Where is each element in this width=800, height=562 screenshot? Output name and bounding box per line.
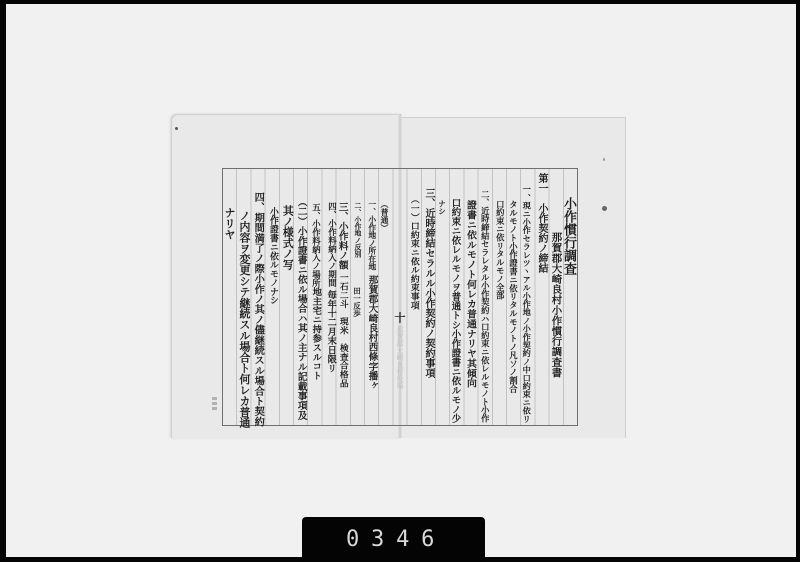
frame-number-label: 0346 [302, 517, 485, 562]
text-line: 口約束ニ依レルモノヲ普通トシ小作證書ニ依ルモノ少 [450, 198, 459, 423]
item-label: 二、小作地ノ反別 [353, 202, 360, 257]
text-line: 證書ニ依ルモノト何レカ普通ナリヤ其傾向 [465, 200, 475, 388]
item-label: 四、小作料納入ノ期間 [327, 202, 336, 287]
text-line: 一、現ニ小作セラレツヽアル小作地ノ小作契約ノ中口約束ニ依リ [523, 185, 531, 423]
fold-mark: 十 [394, 312, 405, 323]
paper-speck [602, 206, 607, 211]
section-heading: 第一 小作契約ノ締結 [536, 173, 546, 273]
frame-number: 0346 [346, 529, 446, 551]
item-value: 地主宅ニ持参スルコト [311, 287, 320, 380]
text-line: 口約束ニ依リタルモノ全部 [496, 200, 504, 300]
left-page-heading: （普通） [380, 200, 388, 232]
fold-printed-text: 那賀郡大崎良村役場 [396, 326, 403, 389]
paper-speck [603, 158, 605, 161]
text-line: 四、期間満了ノ際小作ノ其ノ儘継続スル場合ト契約 [252, 192, 262, 427]
text-line: タルモノト小作證書ニ依リタルモノトノ凡ソノ割合 [509, 200, 517, 393]
item-label: 五、小作料納入ノ場所 [312, 203, 320, 287]
text-line: 二、近時締結セラレタル小作契約ハ口約束ニ依レルモノト小作 [481, 190, 489, 422]
text-line: 小作證書ニ依ルモノナシ [268, 207, 277, 305]
text-line: 其ノ様式ノ写 [282, 205, 293, 270]
archive-stamp [212, 397, 217, 412]
text-line: 三、近時締結セラルル小作契約ノ契約事項 [423, 188, 433, 378]
item-value: 一石二斗 現米 検査合格品 [338, 273, 347, 387]
text-line: ノ内容ヲ変更シテ継続スル場合ト何レカ普通 [238, 210, 249, 428]
item-value: 毎年十二月末日限リ [326, 290, 335, 373]
item-value: 田一反歩 [353, 287, 361, 317]
text-line: （二）小作證書ニ依ル場合ハ其ノ主ナル記載事項及 [296, 197, 306, 420]
item-value: 那賀郡大崎良村西條字播ヶ [367, 275, 377, 390]
text-line: ナリヤ [224, 207, 235, 240]
document-title: 小作慣行調査 [562, 197, 575, 275]
item-label: 三、小作料ノ額 [337, 202, 347, 270]
text-line: ナシ [438, 200, 446, 215]
document-subtitle: 那賀郡大崎良村小作慣行調査書 [550, 232, 560, 378]
text-line: （一）口約束ニ依ル約束事項 [409, 195, 418, 309]
item-label: 一、小作地ノ所在地 [368, 200, 376, 270]
paper-mark [175, 127, 178, 130]
